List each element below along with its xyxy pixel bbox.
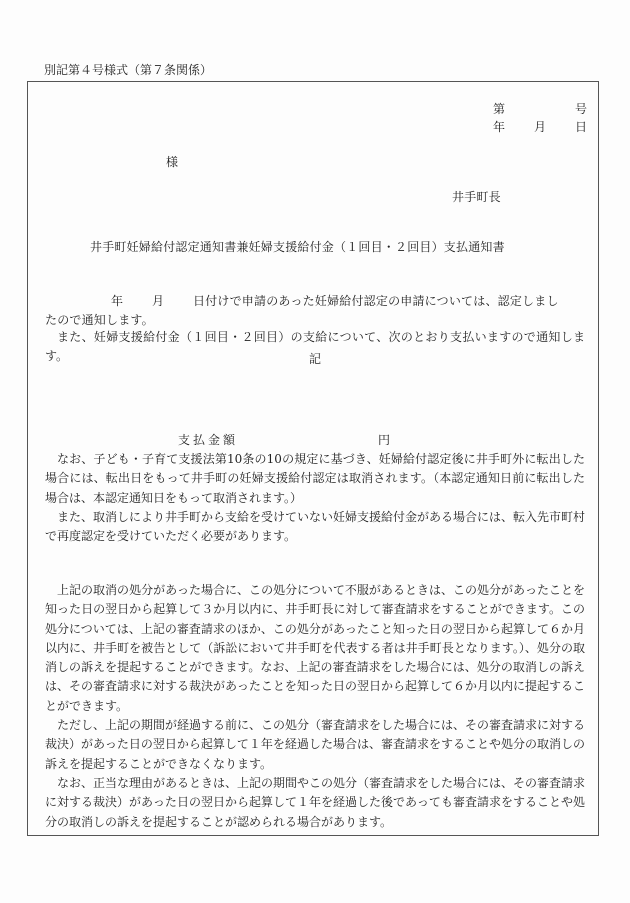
note-paragraph-2: また、取消しにより井手町から支給を受けていない妊婦支援給付金がある場合には、転入…: [45, 508, 585, 547]
addressee-suffix: 様: [166, 153, 178, 170]
document-title: 井手町妊婦給付認定通知書兼妊婦支援給付金（１回目・２回目）支払通知書: [90, 238, 505, 255]
number-prefix: 第: [493, 100, 505, 117]
intro-line1: 日付けで申請のあった妊婦給付認定の申請については、認定しまし: [193, 292, 559, 309]
appeal-paragraph-2: ただし、上記の期間が経過する前に、この処分（審査請求をした場合には、その審査請求…: [45, 716, 585, 774]
form-label: 別記第４号様式（第７条関係）: [44, 61, 212, 78]
sender-name: 井手町長: [452, 188, 501, 205]
appeal-paragraph-1: 上記の取消の処分があった場合に、この処分について不服があるときは、この処分があっ…: [45, 581, 585, 716]
ki-heading: 記: [309, 350, 321, 367]
intro-line2: たので通知します。: [45, 311, 154, 328]
appeal-paragraph-3: なお、正当な理由があるときは、上記の期間やこの処分（審査請求をした場合には、その…: [45, 774, 585, 832]
number-suffix: 号: [575, 100, 587, 117]
date-month: 月: [534, 118, 546, 135]
intro-month: 月: [152, 292, 164, 309]
date-day: 日: [575, 118, 587, 135]
note-paragraph-1: なお、子ども・子育て支援法第10条の10の規定に基づき、妊婦給付認定後に井手町外…: [45, 450, 585, 508]
notice-frame: 第 号 年 月 日 様 井手町長 井手町妊婦給付認定通知書兼妊婦支援給付金（１回…: [27, 81, 599, 836]
date-year: 年: [493, 118, 505, 135]
payment-label: 支払金額: [178, 431, 238, 448]
intro-year: 年: [111, 292, 123, 309]
payment-unit: 円: [378, 431, 390, 448]
